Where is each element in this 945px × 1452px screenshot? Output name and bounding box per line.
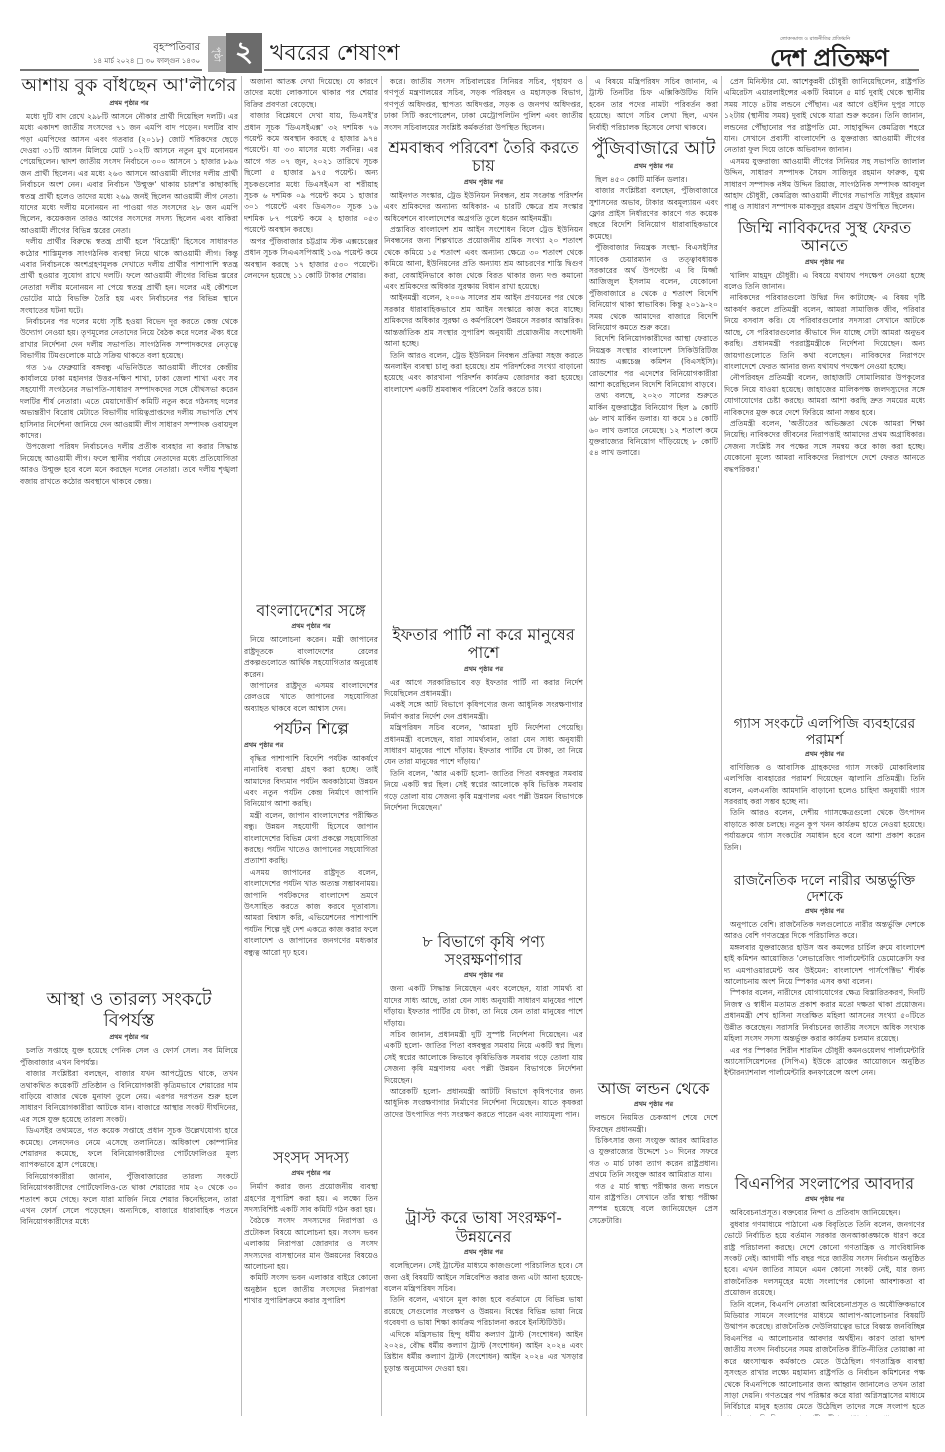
article-share-market-crisis[interactable]: আস্থা ও তারল্য সংকটে বিপর্যস্ত প্রথম পৃষ… [20,990,238,1445]
paragraph: বাণিজ্যিক ও আবাসিক গ্রাহকদের গ্যাস সংকট … [724,762,925,808]
paragraph: কমিটি সংসদ ভবন এলাকার বাইরে কোনো অনুষ্ঠা… [244,1272,378,1306]
article-body: অবিবেচনাপ্রসূত। বক্তব্যের নিন্দা ও প্রতি… [724,1207,925,1416]
article-body: খালিদ মাহমুদ চৌধুরী। এ বিষয়ে যথাযথ পদক্… [724,270,925,710]
column-3: করে। জাতীয় সংসদ সচিবালয়ের সিনিয়র সচিব… [384,76,583,1416]
paragraph: গত ১৬ ফেব্রুয়ারি বঙ্গবন্ধু এভিনিউতে আওয… [20,362,238,442]
headline[interactable]: রাজনৈতিক দলে নারীর অন্তর্ভুক্তি দেশকে [724,873,925,905]
column-divider [586,76,587,1416]
article-body: বাণিজ্যিক ও আবাসিক গ্রাহকদের গ্যাস সংকট … [724,762,925,867]
headline[interactable]: পর্যটন শিল্পে [244,720,378,738]
paragraph: এ বিষয়ে মন্ত্রিপরিষদ সচিব জানান, এ ট্রা… [589,76,718,133]
headline[interactable]: পুঁজিবাজারে আট [589,139,718,160]
paragraph: উপজেলা পরিষদ নির্বাচনেও দলীয় প্রতীক ব্য… [20,441,238,487]
paragraph: আরেকটি হলো- প্রধানমন্ত্রী আটটি বিভাগে কৃ… [384,1086,583,1120]
article-body: বলেছিলেন। সেই ট্রাস্টের মাধ্যমে কাজগুলো … [384,1260,583,1374]
article-tourism[interactable]: পর্যটন শিল্পে প্রথম পৃষ্ঠার পর বৃদ্ধির প… [244,720,378,1142]
continued-label: প্রথম পৃষ্ঠার পর [724,906,925,917]
headline[interactable]: গ্যাস সংকটে এলপিজি ব্যবহারের পরামর্শ [724,716,925,748]
article-body: নির্মাণ করার জন্য প্রয়োজনীয় ব্যবস্থা গ… [244,1181,378,1306]
paragraph: নির্মাণ করার জন্য প্রয়োজনীয় ব্যবস্থা গ… [244,1181,378,1215]
article-london[interactable]: আজ লন্ডন থেকে প্রথম পৃষ্ঠার পর লন্ডনে নি… [589,1080,718,1226]
paragraph: বিনিয়োগকারীরা জানান, পুঁজিবাজারের তারল্… [20,1171,238,1228]
paragraph: খালিদ মাহমুদ চৌধুরী। এ বিষয়ে যথাযথ পদক্… [724,270,925,293]
masthead-rule-left [20,69,202,71]
continued-label: প্রথম পৃষ্ঠার পর [384,177,583,188]
masthead-rule-right [264,69,919,71]
paragraph: নির্বাচনের পর দলের মধ্যে সৃষ্টি হওয়া বি… [20,316,238,362]
continued-label: প্রথম পৃষ্ঠার পর [244,1168,378,1179]
continued-label: প্রথম পৃষ্ঠার পর [589,1099,718,1110]
paragraph: এর পর স্পিকার শিরীন শারমিন চৌধুরী কমনওয়… [724,1045,925,1079]
headline[interactable]: আশায় বুক বাঁধছেন আ'লীগের [20,76,238,97]
column-1-lower: আস্থা ও তারল্য সংকটে বিপর্যস্ত প্রথম পৃষ… [20,990,238,1451]
article-capital-market[interactable]: পুঁজিবাজারে আট প্রথম পৃষ্ঠার পর ছিল ৪৫০ … [589,139,718,1074]
headline[interactable]: ইফতার পার্টি না করে মানুষের পাশে [384,626,583,663]
article-body: জন্য একটি সিদ্ধান্ত নিয়েছেন এবং বলেছেন,… [384,983,583,1203]
issue-date: ১৪ মার্চ ২০২৪ □ ৩০ ফাল্গুন ১৪৩০ [20,55,200,67]
paragraph: বৃদ্ধির পাশাপাশি বিদেশি পর্যটক আকর্ষণে ন… [244,753,378,810]
column-2: অজানা আতঙ্ক দেখা দিয়েছে। যে কারণে তাদের… [244,76,378,1416]
continued-label: প্রথম পৃষ্ঠার পর [724,1194,925,1205]
paragraph: ডিএসইর তথ্যমতে, গত কয়েক সপ্তাহে প্রধান … [20,1125,238,1171]
paragraph: অপর পুঁজিবাজার চট্টগ্রাম স্টক এক্সচেঞ্জে… [244,236,378,282]
article-body: চলতি সপ্তাহে যুক্ত হয়েছে পেনিক সেল ও ফো… [20,1045,238,1445]
article-labour-environment[interactable]: শ্রমবান্ধব পরিবেশ তৈরি করতে চায় প্রথম প… [384,139,583,620]
paragraph: তিনি বলেন, বিএনপি নেতারা অবিবেচনাপ্রসূত … [724,1299,925,1416]
paragraph: ছিল ৪৫০ কোটি মার্কিন ডলার। [589,174,718,185]
paragraph: জন্য একটি সিদ্ধান্ত নিয়েছেন এবং বলেছেন,… [384,983,583,1029]
article-hostage-sailors[interactable]: জিম্মি নাবিকদের সুস্থ ফেরত আনতে প্রথম পৃ… [724,219,925,710]
page-label: পৃষ্ঠা [208,36,226,72]
continued-label: প্রথম পৃষ্ঠার পর [589,161,718,172]
column-5: প্রেস মিনিস্টার মো. আশেকুন্নবী চৌধুরী জা… [724,76,925,1416]
paragraph: লন্ডনে নিয়মিত চেকআপ শেষে দেশে ফিরছেন প্… [589,1112,718,1135]
paragraph: প্রেস মিনিস্টার মো. আশেকুন্নবী চৌধুরী জা… [724,76,925,156]
headline[interactable]: আস্থা ও তারল্য সংকটে বিপর্যস্ত [20,990,238,1031]
paragraph: আইনগত সংস্কার, ট্রেড ইউনিয়ন নিবন্ধন, শ্… [384,190,583,224]
paragraph: তিনি বলেন, এখানে মূল কাজ হবে বর্তমানে যে… [384,1294,583,1328]
article-cold-storage[interactable]: ৮ বিভাগে কৃষি পণ্য সংরক্ষণাগার প্রথম পৃষ… [384,933,583,1204]
headline[interactable]: ট্রাস্ট করে ভাষা সংরক্ষণ-উন্নয়নের [384,1209,583,1246]
article-awami-league[interactable]: আশায় বুক বাঁধছেন আ'লীগের প্রথম পৃষ্ঠার … [20,76,238,487]
continued-label: প্রথম পৃষ্ঠার পর [724,257,925,268]
paragraph: বিদেশি বিনিয়োগকারীদের আস্থা ফেরাতে নিয়… [589,333,718,390]
paragraph: অবিবেচনাপ্রসূত। বক্তব্যের নিন্দা ও প্রতি… [724,1207,925,1218]
paragraph: নৌপরিবহন প্রতিমন্ত্রী বলেন, জাহাজটি সোমা… [724,372,925,418]
article-body: নিয়ে আলোচনা করেন। মন্ত্রী জাপানের রাষ্ট… [244,634,378,714]
paragraph: গত ৫ মার্চ স্বাস্থ্য পরীক্ষার জন্য লন্ডন… [589,1181,718,1227]
paragraph: বাজার সংশ্লিষ্টরা বলছেন, বাজার যখন আপট্র… [20,1068,238,1125]
paragraph: দলীয় প্রার্থীর বিরুদ্ধে স্বতন্ত্র প্রার… [20,236,238,316]
paragraph: অজানা আতঙ্ক দেখা দিয়েছে। যে কারণে তাদের… [244,76,378,110]
article-trust[interactable]: ট্রাস্ট করে ভাষা সংরক্ষণ-উন্নয়নের প্রথম… [384,1209,583,1374]
continued-label: প্রথম পৃষ্ঠার পর [244,740,378,751]
article-body: করে। জাতীয় সংসদ সচিবালয়ের সিনিয়র সচিব… [384,76,583,133]
article-body: প্রেস মিনিস্টার মো. আশেকুন্নবী চৌধুরী জা… [724,76,925,213]
article-body: আইনগত সংস্কার, ট্রেড ইউনিয়ন নিবন্ধন, শ্… [384,190,583,620]
paragraph: নাবিকদের পরিবারগুলো উদ্বিগ্ন দিন কাটাচ্ছ… [724,292,925,372]
article-president-london[interactable]: প্রেস মিনিস্টার মো. আশেকুন্নবী চৌধুরী জা… [724,76,925,213]
article-women-inclusion[interactable]: রাজনৈতিক দলে নারীর অন্তর্ভুক্তি দেশকে প্… [724,873,925,1169]
article-body: ছিল ৪৫০ কোটি মার্কিন ডলার। বাজার সংশ্লিষ… [589,174,718,1074]
continued-label: প্রথম পৃষ্ঠার পর [20,98,238,109]
paragraph: তিনি আরও বলেন, দেশীয় গ্যাসক্ষেত্রগুলো থ… [724,807,925,853]
paragraph: এদিকে মন্ত্রিসভায় হিন্দু ধর্মীয় কল্যাণ… [384,1329,583,1375]
article-parliament-secretariat[interactable]: করে। জাতীয় সংসদ সচিবালয়ের সিনিয়র সচিব… [384,76,583,133]
paragraph: মন্ত্রিপরিষদ সচিব বলেন, 'আমরা দুটি নির্দ… [384,722,583,768]
paragraph: নিয়ে আলোচনা করেন। মন্ত্রী জাপানের রাষ্ট… [244,634,378,680]
continued-label: প্রথম পৃষ্ঠার পর [724,749,925,760]
article-iftar[interactable]: ইফতার পার্টি না করে মানুষের পাশে প্রথম প… [384,626,583,927]
headline[interactable]: বাংলাদেশের সঙ্গে [244,602,378,620]
article-body: লন্ডনে নিয়মিত চেকআপ শেষে দেশে ফিরছেন প্… [589,1112,718,1226]
headline[interactable]: জিম্মি নাবিকদের সুস্থ ফেরত আনতে [724,219,925,256]
article-lpg[interactable]: গ্যাস সংকটে এলপিজি ব্যবহারের পরামর্শ প্র… [724,716,925,867]
paragraph: এর আগে সরকারিভাবে বড় ইফতার পার্টি না কর… [384,677,583,700]
article-body: এর আগে সরকারিভাবে বড় ইফতার পার্টি না কর… [384,677,583,927]
article-mp[interactable]: সংসদ সদস্য প্রথম পৃষ্ঠার পর নির্মাণ করার… [244,1149,378,1307]
column-divider [241,76,242,1416]
article-body: অজানা আতঙ্ক দেখা দিয়েছে। যে কারণে তাদের… [244,76,378,596]
article-body: অনুপাতে বেশি। রাজনৈতিক দলগুলোতে নারীর অন… [724,919,925,1169]
article-share-sale[interactable]: অজানা আতঙ্ক দেখা দিয়েছে। যে কারণে তাদের… [244,76,378,596]
article-body: এ বিষয়ে মন্ত্রিপরিষদ সচিব জানান, এ ট্রা… [589,76,718,133]
paragraph: মন্ত্রী বলেন, জাপান বাংলাদেশের পরীক্ষিত … [244,810,378,867]
paragraph: বলেছিলেন। সেই ট্রাস্টের মাধ্যমে কাজগুলো … [384,1260,583,1294]
paragraph: প্রস্তাবিত বাংলাদেশ শ্রম আইন সংশোধন বিলে… [384,224,583,292]
headline[interactable]: সংসদ সদস্য [244,1149,378,1167]
paragraph: তথ্য বলছে, ২০২৩ সালের শুরুতে মার্কিন যুক… [589,390,718,458]
continued-label: প্রথম পৃষ্ঠার পর [384,664,583,675]
paragraph: তিনি আরও বলেন, ট্রেড ইউনিয়ন নিবন্ধন প্র… [384,350,583,396]
column-4: এ বিষয়ে মন্ত্রিপরিষদ সচিব জানান, এ ট্রা… [589,76,718,1416]
headline[interactable]: আজ লন্ডন থেকে [589,1080,718,1098]
page-number: ২ [226,33,262,73]
masthead: বৃহস্পতিবার ১৪ মার্চ ২০২৪ □ ৩০ ফাল্গুন ১… [0,0,945,74]
paragraph: চলতি সপ্তাহে যুক্ত হয়েছে পেনিক সেল ও ফো… [20,1045,238,1068]
article-bangladesh-japan[interactable]: বাংলাদেশের সঙ্গে প্রথম পৃষ্ঠার পর নিয়ে … [244,602,378,714]
continued-label: প্রথম পৃষ্ঠার পর [384,1247,583,1258]
continued-label: প্রথম পৃষ্ঠার পর [384,970,583,981]
paragraph: সচিব জানান, প্রধানমন্ত্রী দুটি সুস্পষ্ট … [384,1029,583,1086]
paragraph: প্রতিমন্ত্রী বলেন, 'অতীতের অভিজ্ঞতা থেকে… [724,418,925,475]
article-bnp-dialogue[interactable]: বিএনপির সংলাপের আবদার প্রথম পৃষ্ঠার পর অ… [724,1175,925,1416]
article-trust-ceo[interactable]: এ বিষয়ে মন্ত্রিপরিষদ সচিব জানান, এ ট্রা… [589,76,718,133]
paragraph: জাপানের রাষ্ট্রদূত এসময় বাংলাদেশের রেলও… [244,680,378,714]
paragraph: মঙ্গলবার যুক্তরাজ্যের হাউস অব কমন্সের চা… [724,942,925,988]
section-title: খবরের শেষাংশ [270,36,400,73]
paragraph: আইনমন্ত্রী বলেন, ২০০৬ সালের শ্রম আইন প্র… [384,292,583,349]
paragraph: চিকিৎসার জন্য সংযুক্ত আরব আমিরাত ও যুক্ত… [589,1135,718,1181]
paragraph: বুধবার গণমাধ্যমে পাঠানো এক বিবৃতিতে তিনি… [724,1219,925,1299]
column-divider [721,76,722,1416]
paragraph: পুঁজিবাজার নিয়ন্ত্রক সংস্থা- বিএসইসির স… [589,242,718,333]
column-divider [381,76,382,1416]
paragraph: বাজার বিশ্লেষণে দেখা যায়, ডিএসই'র প্রধা… [244,110,378,235]
paragraph: এসময় যুক্তরাজ্য আওয়ামী লীগের সিনিয়র স… [724,156,925,213]
paragraph: করে। জাতীয় সংসদ সচিবালয়ের সিনিয়র সচিব… [384,76,583,133]
article-body: মধ্যে দুটি বাদ রেখে ২৯৮টি আসনে নৌকার প্র… [20,111,238,487]
brand-logo: দেশ প্রতিক্ষণ [770,40,888,80]
paragraph: অনুপাতে বেশি। রাজনৈতিক দলগুলোতে নারীর অন… [724,919,925,942]
paragraph: এসময় জাপানের রাষ্ট্রদূত বলেন, বাংলাদেশে… [244,867,378,958]
paragraph: বৈঠকে সংসদ সদস্যদের নিরাপত্তা ও প্রটোকল … [244,1215,378,1272]
article-body: বৃদ্ধির পাশাপাশি বিদেশি পর্যটক আকর্ষণে ন… [244,753,378,1143]
paragraph: মধ্যে দুটি বাদ রেখে ২৯৮টি আসনে নৌকার প্র… [20,111,238,236]
paragraph: একই সঙ্গে আট বিভাগে কৃষিপণ্যের জন্য আধুন… [384,699,583,722]
continued-label: প্রথম পৃষ্ঠার পর [244,621,378,632]
headline[interactable]: শ্রমবান্ধব পরিবেশ তৈরি করতে চায় [384,139,583,176]
paragraph: স্পিকার বলেন, নারীদের যোগাযোগের ক্ষেত্র … [724,987,925,1044]
continued-label: প্রথম পৃষ্ঠার পর [20,1032,238,1043]
paragraph: বাজার সংশ্লিষ্টরা বলছেন, পুঁজিবাজারে সুশ… [589,185,718,242]
paragraph: তিনি বলেন, 'আর একটি হলো- জাতির পিতা বঙ্গ… [384,768,583,814]
headline[interactable]: বিএনপির সংলাপের আবদার [724,1175,925,1193]
headline[interactable]: ৮ বিভাগে কৃষি পণ্য সংরক্ষণাগার [384,933,583,970]
